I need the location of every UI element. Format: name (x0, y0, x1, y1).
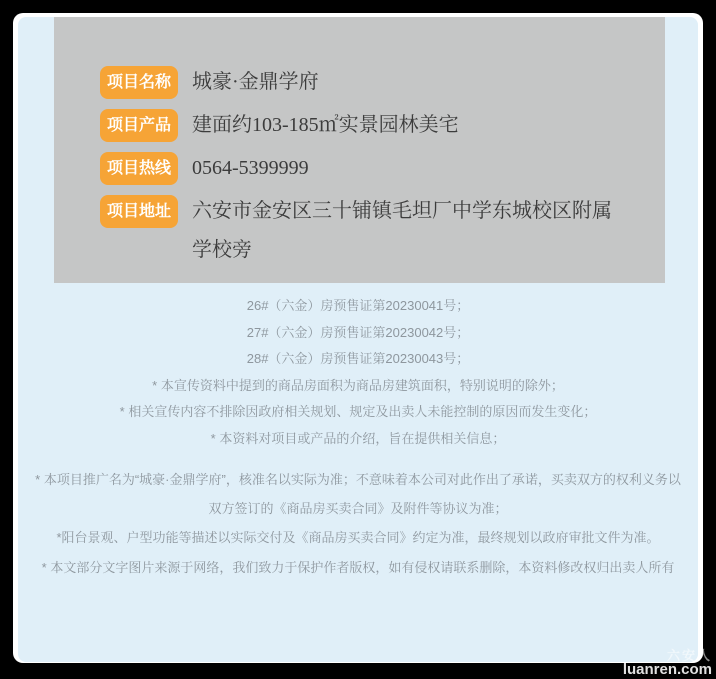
project-product-row: 项目产品 建面约103-185㎡实景园林美宅 (100, 109, 665, 142)
project-hotline-label: 项目热线 (100, 152, 178, 185)
presale-permit-line-27: 27#（六金）房预售证第20230042号； (34, 320, 682, 347)
project-info-panel: 项目名称 城豪·金鼎学府 项目产品 建面约103-185㎡实景园林美宅 项目热线… (54, 17, 665, 283)
poster-page: 项目名称 城豪·金鼎学府 项目产品 建面约103-185㎡实景园林美宅 项目热线… (0, 0, 716, 679)
disclaimer-line-changes: * 相关宣传内容不排除因政府相关规划、规定及出卖人未能控制的原因而发生变化； (34, 399, 682, 426)
project-hotline-row: 项目热线 0564-5399999 (100, 152, 665, 185)
disclaimer-line-promo-name: * 本项目推广名为“城豪·金鼎学府”，核准名以实际为准；不意味着本公司对此作出了… (34, 465, 682, 523)
project-name-value: 城豪·金鼎学府 (192, 66, 319, 99)
presale-permit-line-28: 28#（六金）房预售证第20230043号； (34, 346, 682, 373)
project-address-value: 六安市金安区三十铺镇毛坦厂中学东城校区附属学校旁 (192, 192, 622, 270)
disclaimer-line-area: * 本宣传资料中提到的商品房面积为商品房建筑面积，特别说明的除外； (34, 373, 682, 400)
presale-permit-line-26: 26#（六金）房预售证第20230041号； (34, 293, 682, 320)
disclaimer-block: 26#（六金）房预售证第20230041号； 27#（六金）房预售证第20230… (34, 293, 682, 582)
project-name-row: 项目名称 城豪·金鼎学府 (100, 66, 665, 99)
project-name-label: 项目名称 (100, 66, 178, 99)
project-product-value: 建面约103-185㎡实景园林美宅 (192, 109, 459, 142)
project-address-label: 项目地址 (100, 195, 178, 228)
project-address-row: 项目地址 六安市金安区三十铺镇毛坦厂中学东城校区附属学校旁 (100, 195, 665, 270)
disclaimer-line-balcony: *阳台景观、户型功能等描述以实际交付及《商品房买卖合同》约定为准，最终规划以政府… (34, 524, 682, 552)
disclaimer-line-copyright: * 本文部分文字图片来源于网络，我们致力于保护作者版权，如有侵权请联系删除，本资… (34, 553, 682, 582)
disclaimer-line-info: * 本资料对项目或产品的介绍，旨在提供相关信息； (34, 426, 682, 453)
project-hotline-value: 0564-5399999 (192, 152, 309, 185)
project-product-label: 项目产品 (100, 109, 178, 142)
watermark-site-domain: luanren.com (623, 662, 712, 678)
